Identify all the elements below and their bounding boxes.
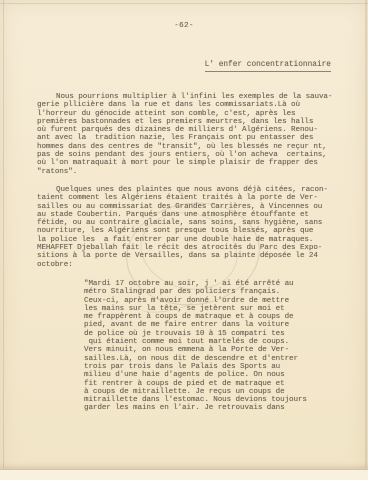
text-line: hommes dans des centres de "transit", où… bbox=[37, 143, 332, 151]
text-line: gerie pllicière dans la rue et dans les … bbox=[37, 101, 332, 109]
page-number: -62- bbox=[0, 22, 368, 30]
text-line: où l'on matraquait à mort pour le simple… bbox=[37, 159, 332, 167]
text-line: octobre: bbox=[37, 261, 328, 269]
text-line: de police où je trouvais 10 à 15 compatr… bbox=[84, 330, 307, 338]
text-line: au stade Coubertin. Parqués dans une atm… bbox=[37, 211, 328, 219]
text-line: sitions à la porte de Versailles, dans s… bbox=[37, 252, 328, 260]
text-line: taient comment les Algériens étaient tra… bbox=[37, 194, 328, 202]
text-line: les mains sur la tête, se jetèrent sur m… bbox=[84, 305, 307, 313]
text-line: sailles ou au commissariat des Grandes C… bbox=[37, 203, 328, 211]
text-line: milieu d'une haie d'agents de police. On… bbox=[84, 371, 307, 379]
text-line: ant avec la tradition nazie, les Françai… bbox=[37, 134, 332, 142]
text-line: l'horreur du génocide atteint son comble… bbox=[37, 110, 332, 118]
text-line: nourriture, les Algériens sont presque t… bbox=[37, 227, 328, 235]
quote-block: "Mardi 17 octobre au soir, j ' ai été ar… bbox=[84, 280, 307, 413]
scan-bottom-edge bbox=[0, 469, 368, 480]
page-left-edge bbox=[3, 0, 4, 468]
paragraph-2: Quelques unes des plaintes que nous avon… bbox=[37, 186, 328, 269]
page-right-edge bbox=[365, 0, 367, 468]
text-line: à coups de mitraillette. Je reçus un cou… bbox=[84, 388, 307, 396]
text-line: Ceux-ci, après m'avoir donné l'ordre de … bbox=[84, 297, 307, 305]
paragraph-1: Nous pourrions multiplier à l'infini les… bbox=[37, 93, 332, 176]
text-line: sailles.Là, on nous dit de descendre et … bbox=[84, 355, 307, 363]
scanned-document-page: -62- L' enfer concentrationnaire Nous po… bbox=[0, 0, 368, 480]
document-title: L' enfer concentrationnaire bbox=[205, 61, 331, 72]
text-line: "ratons". bbox=[37, 168, 332, 176]
page-top-edge bbox=[0, 3, 368, 4]
text-line: fit rentrer à coups de pied et de matraq… bbox=[84, 380, 307, 388]
text-line: métro Stalingrad par des policiers franç… bbox=[84, 288, 307, 296]
text-line: pied, avant de me faire entrer dans la v… bbox=[84, 321, 307, 329]
text-line: la police les a fait entrer par une doub… bbox=[37, 236, 328, 244]
text-line: premières bastonnades et les premiers me… bbox=[37, 118, 332, 126]
text-line: Vers minuit, on nous emmena à la Porte d… bbox=[84, 346, 307, 354]
text-line: garder les mains en l'air. Je retrouvais… bbox=[84, 404, 307, 412]
